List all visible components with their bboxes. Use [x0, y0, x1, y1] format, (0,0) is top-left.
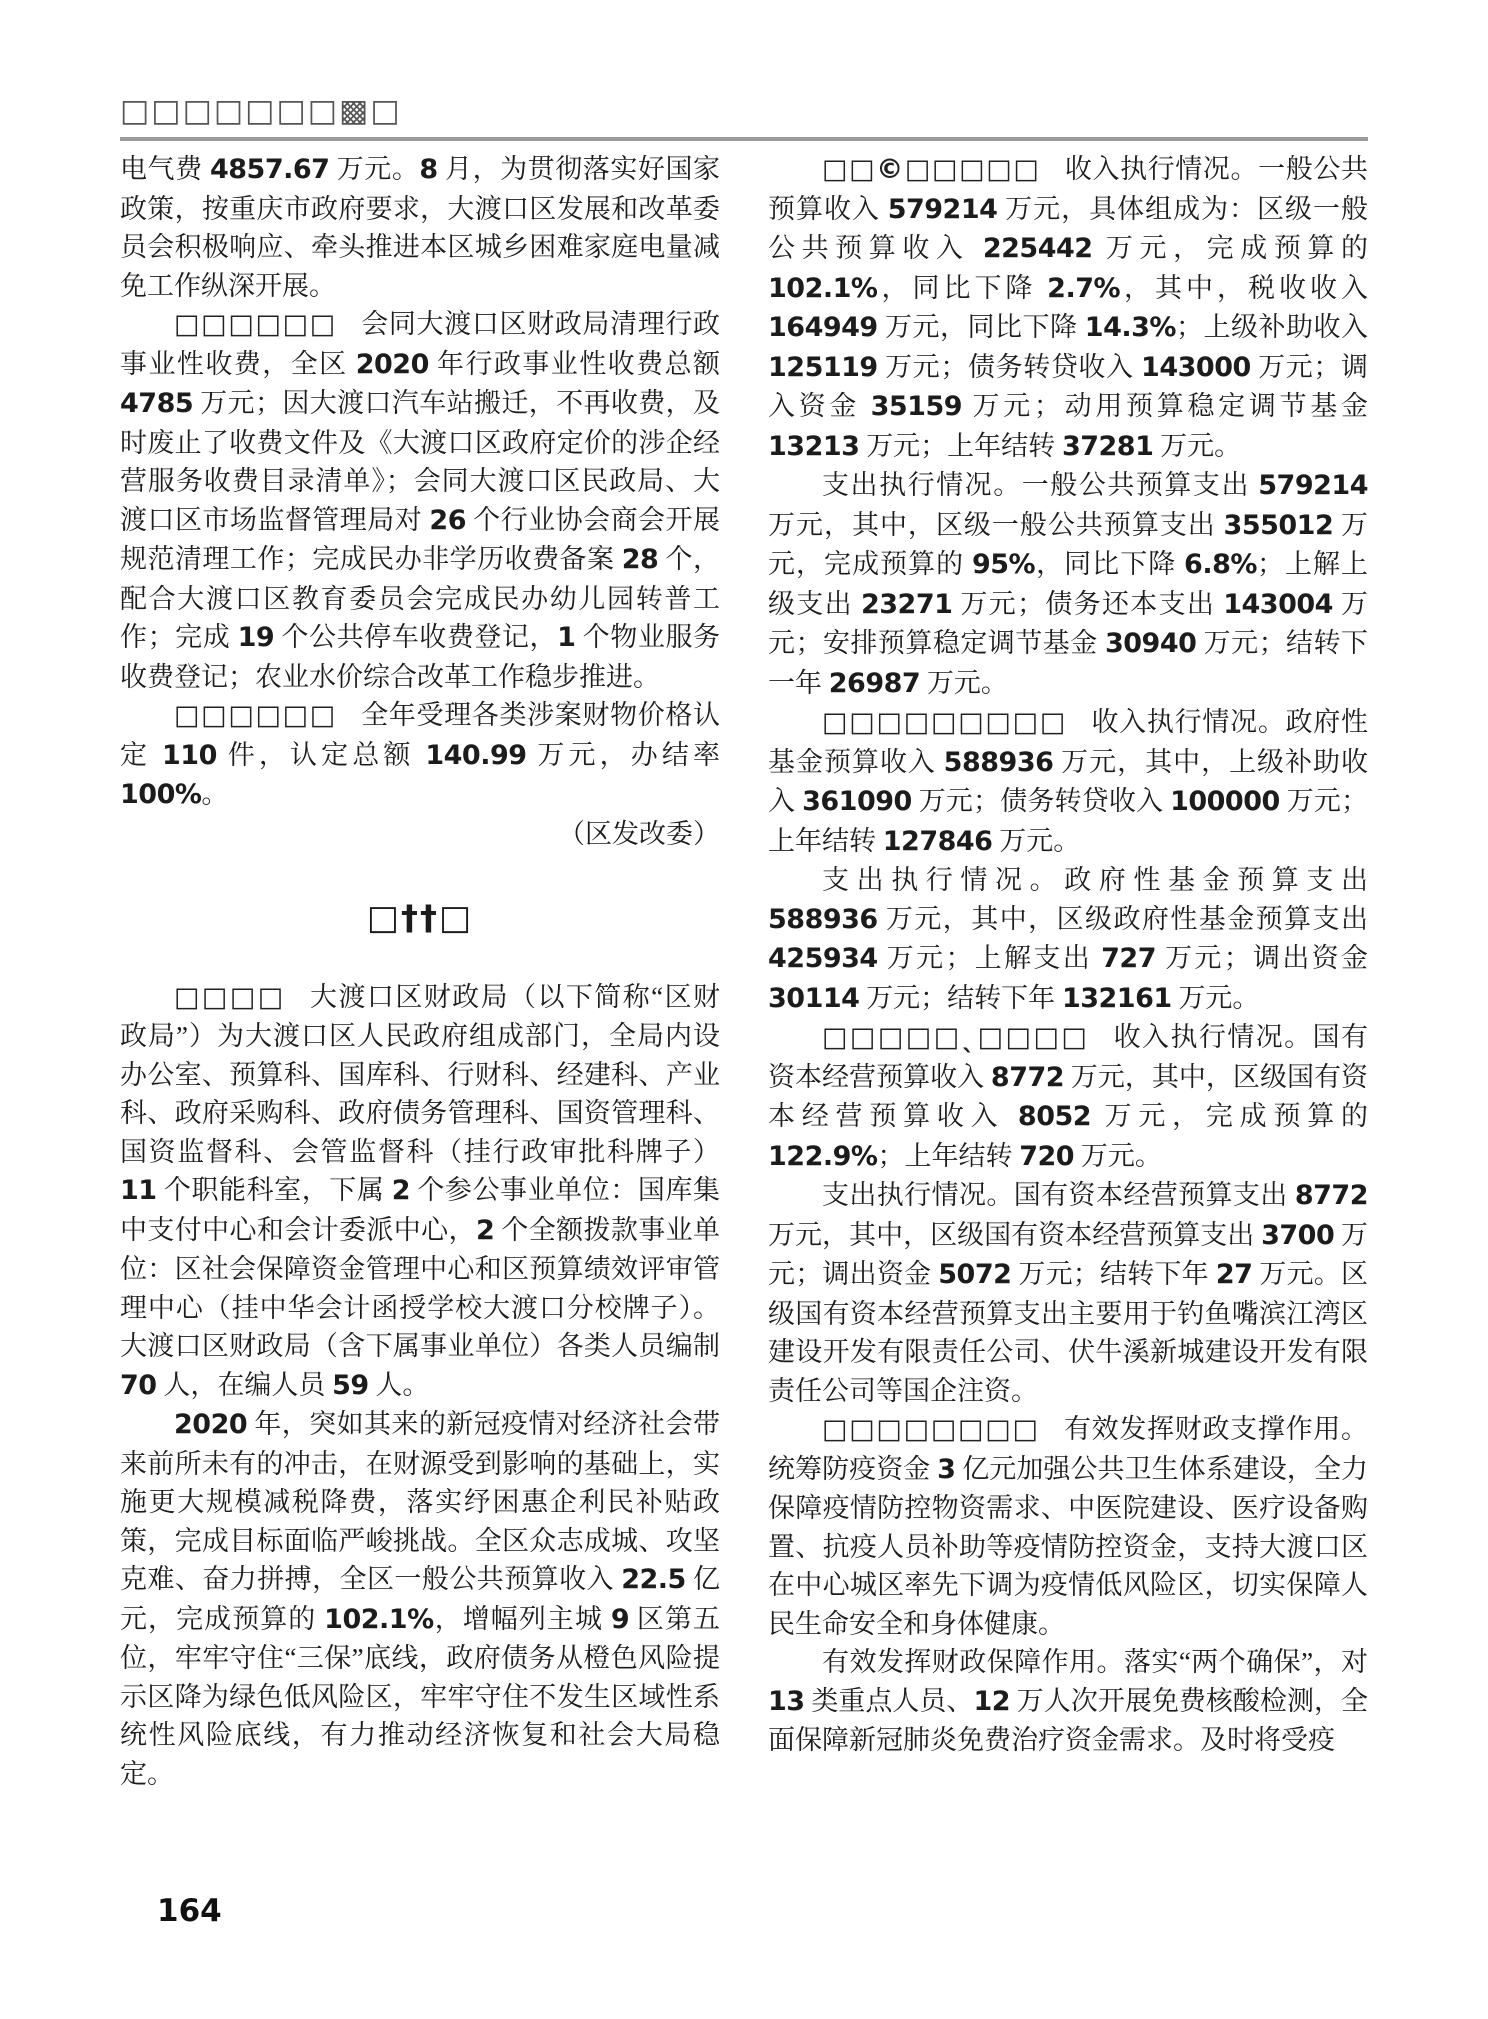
section-heading-tofu: □□□□□ˎ□□□□ — [822, 1022, 1089, 1053]
paragraph-govfund-expenditure: 支出执行情况。政府性基金预算支出 588936 万元，其中，区级政府性基金预算支… — [768, 861, 1368, 1018]
section-heading-tofu: □□□□ — [174, 982, 286, 1013]
paragraph-2020-summary: 2020 年，突如其来的新冠疫情对经济社会带来前所未有的冲击，在财源受到影响的基… — [120, 1405, 720, 1793]
chapter-title-tofu: □††□ — [120, 899, 720, 938]
page-header-title: □□□□□□□▩□ — [120, 94, 402, 128]
paragraph-state-capital-expenditure: 支出执行情况。国有资本经营预算支出 8772 万元，其中，区级国有资本经营预算支… — [768, 1176, 1368, 1410]
page-number: 164 — [157, 1893, 222, 1929]
paragraph-general-budget-expenditure: 支出执行情况。一般公共预算支出 579214 万元，其中，区级一般公共预算支出 … — [768, 466, 1368, 703]
paragraph-govfund-revenue: □□□□□□□□□收入执行情况。政府性基金预算收入 588936 万元，其中，上… — [768, 703, 1368, 861]
section-heading-tofu: □□□□□□ — [174, 309, 337, 340]
left-column: 电气费 4857.67 万元。8 月，为贯彻落实好国家政策，按重庆市政府要求，大… — [120, 150, 720, 1793]
paragraph-price-certification: □□□□□□全年受理各类涉案财物价格认定 110 件，认定总额 140.99 万… — [120, 696, 720, 815]
paragraph-text: 支出执行情况。政府性基金预算支出 588936 万元，其中，区级政府性基金预算支… — [768, 865, 1368, 1013]
header-rule — [120, 137, 1368, 141]
paragraph-state-capital-revenue: □□□□□ˎ□□□□收入执行情况。国有资本经营预算收入 8772 万元，其中，区… — [768, 1018, 1368, 1176]
paragraph-fee-cleanup: □□□□□□会同大渡口区财政局清理行政事业性收费，全区 2020 年行政事业性收… — [120, 305, 720, 696]
byline-text: （区发改委） — [558, 819, 720, 849]
byline-source: （区发改委） — [120, 815, 720, 854]
section-heading-tofu: □□©□□□□□ — [822, 154, 1041, 185]
section-heading-tofu: □□□□□□□□□ — [822, 707, 1067, 738]
paragraph-text: 有效发挥财政保障作用。落实“两个确保”，对 13 类重点人员、12 万人次开展免… — [768, 1647, 1368, 1755]
paragraph-text: 支出执行情况。国有资本经营预算支出 8772 万元，其中，区级国有资本经营预算支… — [768, 1180, 1368, 1406]
paragraph-text: 有效发挥财政支撑作用。统筹防疫资金 3 亿元加强公共卫生体系建设，全力保障疫情防… — [768, 1414, 1368, 1639]
paragraph-pandemic-finance-support: □□□□□□□□有效发挥财政支撑作用。统筹防疫资金 3 亿元加强公共卫生体系建设… — [768, 1410, 1368, 1643]
paragraph-text: 会同大渡口区财政局清理行政事业性收费，全区 2020 年行政事业性收费总额 47… — [120, 309, 720, 692]
paragraph-text: 收入执行情况。一般公共预算收入 579214 万元，具体组成为：区级一般公共预算… — [768, 154, 1368, 461]
paragraph-overview: □□□□大渡口区财政局（以下简称“区财政局”）为大渡口区人民政府组成部门，全局内… — [120, 978, 720, 1406]
paragraph-text: 电气费 4857.67 万元。8 月，为贯彻落实好国家政策，按重庆市政府要求，大… — [120, 154, 720, 301]
paragraph-text: 支出执行情况。一般公共预算支出 579214 万元，其中，区级一般公共预算支出 … — [768, 470, 1368, 698]
yearbook-page: □□□□□□□▩□ 电气费 4857.67 万元。8 月，为贯彻落实好国家政策，… — [0, 0, 1488, 2019]
section-heading-tofu: □□□□□□ — [174, 700, 337, 731]
paragraph-general-budget-revenue: □□©□□□□□收入执行情况。一般公共预算收入 579214 万元，具体组成为：… — [768, 150, 1368, 466]
paragraph-electricity-fee: 电气费 4857.67 万元。8 月，为贯彻落实好国家政策，按重庆市政府要求，大… — [120, 150, 720, 305]
section-heading-tofu: □□□□□□□□ — [822, 1414, 1040, 1445]
right-column: □□©□□□□□收入执行情况。一般公共预算收入 579214 万元，具体组成为：… — [768, 150, 1368, 1760]
paragraph-pandemic-finance-guarantee: 有效发挥财政保障作用。落实“两个确保”，对 13 类重点人员、12 万人次开展免… — [768, 1643, 1368, 1760]
paragraph-text: 2020 年，突如其来的新冠疫情对经济社会带来前所未有的冲击，在财源受到影响的基… — [120, 1409, 720, 1789]
paragraph-text: 大渡口区财政局（以下简称“区财政局”）为大渡口区人民政府组成部门，全局内设办公室… — [120, 982, 720, 1400]
